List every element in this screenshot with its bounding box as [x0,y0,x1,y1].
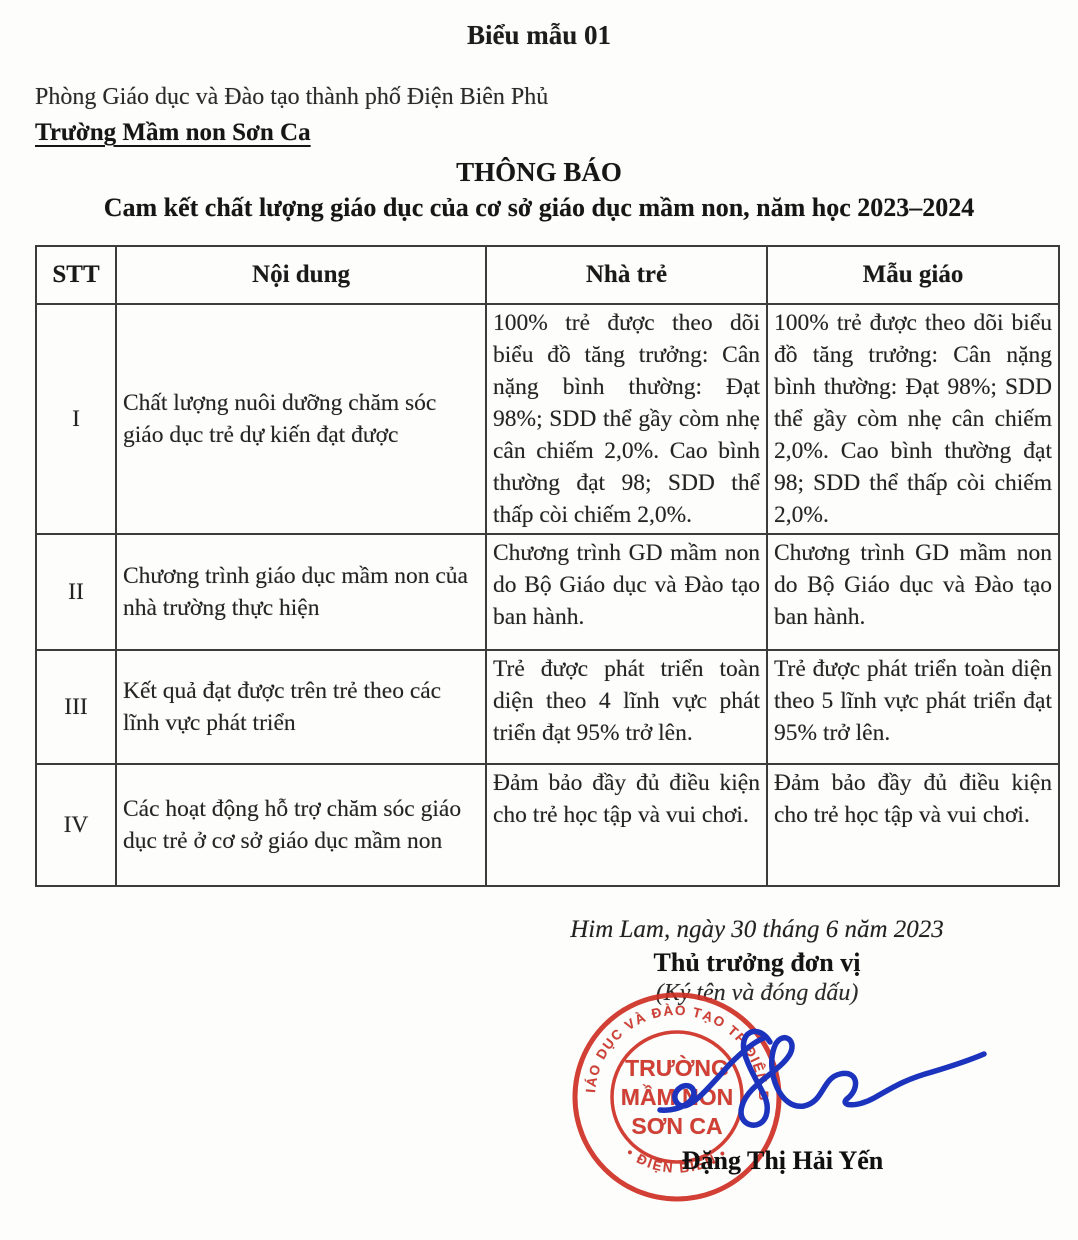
document-title: THÔNG BÁO [0,157,1078,188]
table-row: III Kết quả đạt được trên trẻ theo các l… [36,650,1059,764]
department-line: Phòng Giáo dục và Đào tạo thành phố Điện… [35,84,548,111]
signer-title: Thủ trưởng đơn vị [512,948,1002,978]
row-content: Chất lượng nuôi dưỡng chăm sóc giáo dục … [116,304,486,534]
row-nursery-cell: Đảm bảo đầy đủ điều kiện cho trẻ học tập… [486,764,767,886]
row-content: Các hoạt động hỗ trợ chăm sóc giáo dục t… [116,764,486,886]
header-content: Nội dung [116,246,486,304]
row-stt: I [36,304,116,534]
row-kindergarten-cell: Đảm bảo đầy đủ điều kiện cho trẻ học tập… [767,764,1059,886]
row-stt: IV [36,764,116,886]
school-name-line: Trường Mầm non Sơn Ca [35,119,311,147]
row-kindergarten-cell: 100% trẻ được theo dõi biểu đồ tăng trưở… [767,304,1059,534]
table-row: I Chất lượng nuôi dưỡng chăm sóc giáo dụ… [36,304,1059,534]
row-content: Kết quả đạt được trên trẻ theo các lĩnh … [116,650,486,764]
header-stt: STT [36,246,116,304]
row-nursery-cell: Trẻ được phát triển toàn diện theo 4 lĩn… [486,650,767,764]
place-date-line: Him Lam, ngày 30 tháng 6 năm 2023 [512,916,1002,944]
table-header-row: STT Nội dung Nhà trẻ Mẫu giáo [36,246,1059,304]
row-content: Chương trình giáo dục mầm non của nhà tr… [116,534,486,650]
handwritten-signature [612,1014,990,1136]
row-kindergarten-cell: Trẻ được phát triển toàn diện theo 5 lĩn… [767,650,1059,764]
table-row: II Chương trình giáo dục mầm non của nhà… [36,534,1059,650]
row-kindergarten-cell: Chương trình GD mầm non do Bộ Giáo dục v… [767,534,1059,650]
row-nursery-cell: 100% trẻ được theo dõi biểu đồ tăng trưở… [486,304,767,534]
table-row: IV Các hoạt động hỗ trợ chăm sóc giáo dụ… [36,764,1059,886]
row-stt: II [36,534,116,650]
document-page: Biểu mẫu 01 Phòng Giáo dục và Đào tạo th… [0,0,1078,1240]
form-number-label: Biểu mẫu 01 [0,20,1078,51]
header-kindergarten: Mẫu giáo [767,246,1059,304]
commitment-table: STT Nội dung Nhà trẻ Mẫu giáo I Chất lượ… [35,245,1060,887]
row-nursery-cell: Chương trình GD mầm non do Bộ Giáo dục v… [486,534,767,650]
header-nursery: Nhà trẻ [486,246,767,304]
signer-name: Đặng Thị Hải Yến [655,1146,910,1176]
document-subtitle: Cam kết chất lượng giáo dục của cơ sở gi… [0,193,1078,223]
row-stt: III [36,650,116,764]
